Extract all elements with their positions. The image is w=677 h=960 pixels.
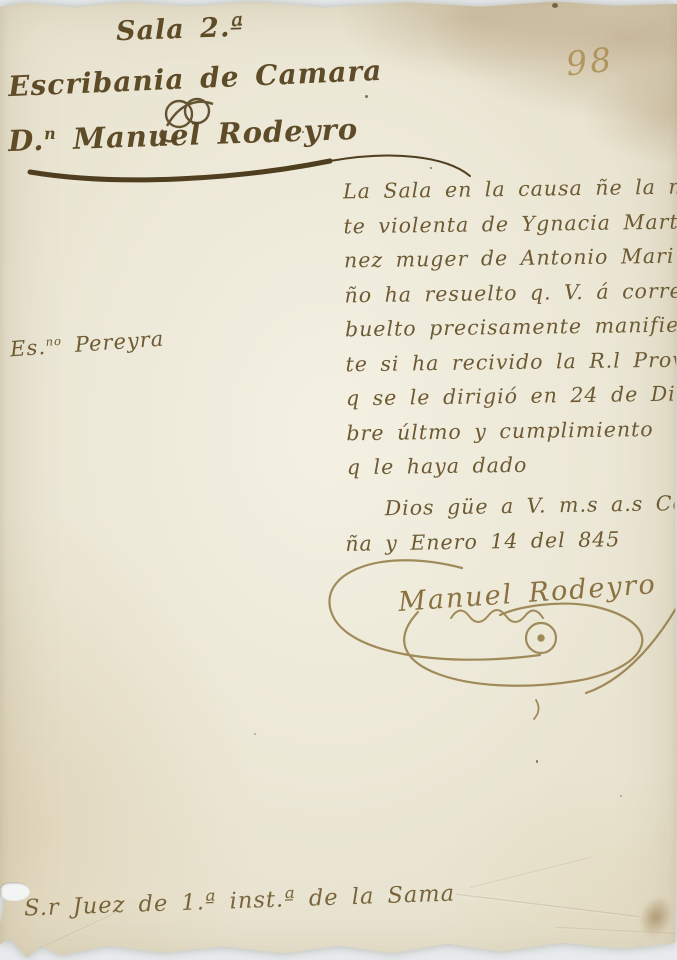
ink-speck xyxy=(536,760,538,763)
ink-speck xyxy=(552,3,558,8)
scribe-margin-note: Es.no Pereyra xyxy=(9,327,165,362)
folio-number: 98 xyxy=(564,40,616,84)
body-line: q le haya dado xyxy=(347,446,677,485)
paper-crease xyxy=(470,857,592,889)
scribe-prefix: Es. xyxy=(9,335,46,361)
office-heading: Escribania de Camara xyxy=(7,54,382,103)
ink-speck xyxy=(620,795,622,797)
scribe-name: Pereyra xyxy=(61,327,165,358)
body-line: te violenta de Ygnacia Marti xyxy=(343,204,675,243)
closing-line: ña y Enero 14 del 845 xyxy=(345,521,677,562)
signature-name: Manuel Rodeyro xyxy=(397,569,658,618)
paper-crease xyxy=(456,894,640,919)
addressee-name: Manuel Rodeyro xyxy=(56,112,358,156)
addressee-footer-line: S.r Juez de 1.ª inst.ª de la Sama xyxy=(24,880,456,921)
addressee-superscript: n xyxy=(44,124,57,143)
ink-speck xyxy=(254,733,256,735)
body-line: te si ha recivido la R.l Provv.ª xyxy=(345,342,677,381)
letter-body: La Sala en la causa ñe la muer te violen… xyxy=(343,170,677,485)
closing-dateline: Dios güe a V. m.s a.s Coru ña y Enero 14… xyxy=(344,486,677,562)
addressee-line: D.n Manuel Rodeyro xyxy=(8,112,359,158)
body-line: nez muger de Antonio Mari xyxy=(344,239,676,278)
ink-speck xyxy=(430,167,432,169)
chamber-heading: Sala 2.ª xyxy=(115,12,244,47)
closing-line: Dios güe a V. m.s a.s Coru xyxy=(344,486,677,527)
stain-spot xyxy=(633,891,677,942)
body-line: bre últmo y cumplimiento xyxy=(346,411,677,450)
ink-speck xyxy=(365,95,368,98)
body-line: buelto precisamente manifies xyxy=(345,308,677,347)
ink-speck xyxy=(302,131,304,133)
body-line: q se le dirigió en 24 de Diciem xyxy=(346,377,677,416)
body-line: ño ha resuelto q. V. á correo xyxy=(344,273,676,312)
manuscript-page: Sala 2.ª Escribania de Camara D.n Manuel… xyxy=(0,0,677,960)
body-line: La Sala en la causa ñe la muer xyxy=(343,170,675,209)
paper-sheet: Sala 2.ª Escribania de Camara D.n Manuel… xyxy=(0,0,677,960)
scribe-superscript: no xyxy=(45,334,62,349)
addressee-prefix: D. xyxy=(8,123,45,158)
